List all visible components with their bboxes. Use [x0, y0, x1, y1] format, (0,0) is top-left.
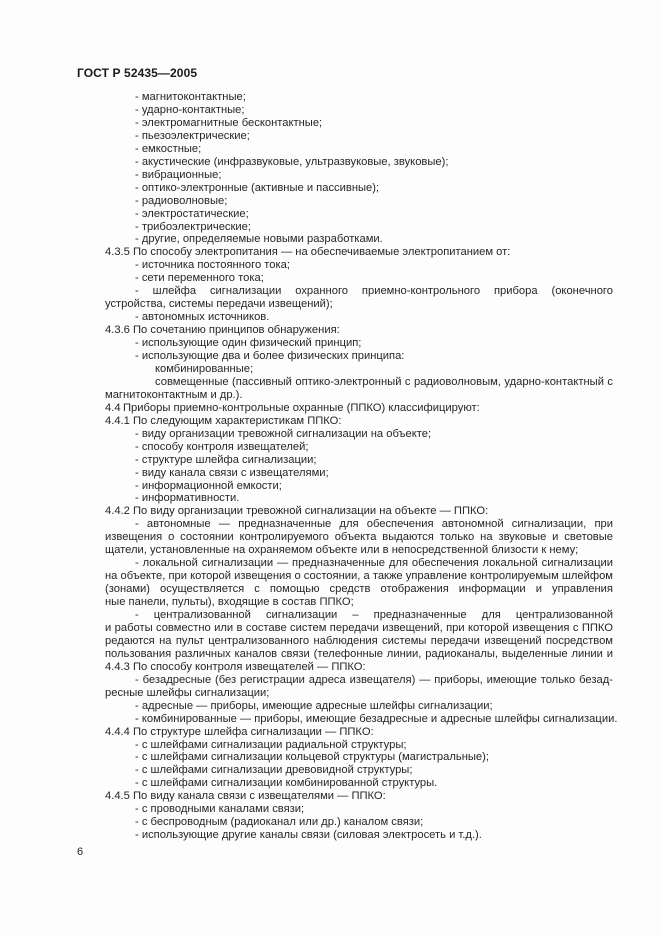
- text-line: комбинированные;: [155, 363, 253, 376]
- line-text: устройства, системы передачи извещений);: [105, 298, 333, 310]
- text-line: - радиоволновые;: [135, 195, 227, 208]
- line-text: - использующие один физический принцип;: [135, 337, 361, 349]
- text-line: - вибрационные;: [135, 169, 222, 182]
- text-line: совмещенные (пассивный оптико-электронны…: [155, 376, 613, 389]
- document-page: ГОСТ Р 52435—2005 - магнитоконтактные;- …: [0, 0, 661, 936]
- text-line: - использующие другие каналы связи (сило…: [135, 829, 482, 842]
- line-text: - ударно-контактные;: [135, 104, 245, 116]
- line-text: - оптико-электронные (активные и пассивн…: [135, 182, 379, 194]
- text-line: - информационной емкости;: [135, 480, 282, 493]
- text-line: - способу контроля извещателей;: [135, 441, 309, 454]
- text-line: - локальной сигнализации — предназначенн…: [135, 557, 613, 570]
- standard-header: ГОСТ Р 52435—2005: [77, 66, 197, 80]
- line-text: - с беспроводным (радиоканал или др.) ка…: [135, 816, 423, 828]
- line-text: - автономные — предназначенные для обесп…: [135, 518, 613, 531]
- text-line: - емкостные;: [135, 143, 201, 156]
- line-text: щатели, установленные на охраняемом объе…: [105, 544, 578, 556]
- text-line: - структуре шлейфа сигнализации;: [135, 454, 317, 467]
- line-text: ные панели, пульты), входящие в состав П…: [105, 596, 354, 608]
- page-number: 6: [77, 846, 83, 858]
- line-text: - вибрационные;: [135, 169, 222, 181]
- line-text: По структуре шлейфа сигнализации — ППКО:: [133, 726, 374, 738]
- line-text: - централизованной сигнализации – предна…: [135, 609, 613, 622]
- text-line: - автономные — предназначенные для обесп…: [135, 518, 613, 531]
- line-text: - электромагнитные бесконтактные;: [135, 117, 322, 129]
- section-heading-line: 4.4.2По виду организации тревожной сигна…: [105, 505, 488, 518]
- section-number: 4.4.1: [105, 415, 133, 428]
- line-text: По виду канала связи с извещателями — ПП…: [133, 790, 386, 802]
- text-line: - виду канала связи с извещателями;: [135, 467, 329, 480]
- line-text: комбинированные;: [155, 363, 253, 375]
- line-text: - способу контроля извещателей;: [135, 441, 309, 453]
- text-line: ные панели, пульты), входящие в состав П…: [105, 596, 354, 609]
- text-line: и работы совместно или в составе систем …: [105, 622, 613, 635]
- section-number: 4.4.4: [105, 726, 133, 739]
- section-heading-line: 4.4.4По структуре шлейфа сигнализации — …: [105, 726, 374, 739]
- section-number: 4.3.5: [105, 246, 133, 259]
- text-line: - с беспроводным (радиоканал или др.) ка…: [135, 816, 423, 829]
- line-text: По способу электропитания — на обеспечив…: [133, 246, 510, 258]
- text-line: - магнитоконтактные;: [135, 91, 246, 104]
- text-line: - с шлейфами сигнализации древовидной ст…: [135, 764, 412, 777]
- text-line: - другие, определяемые новыми разработка…: [135, 233, 383, 246]
- text-line: - информативности.: [135, 492, 239, 505]
- section-number: 4.4.2: [105, 505, 133, 518]
- text-line: - автономных источников.: [135, 311, 269, 324]
- section-heading-line: 4.3.5По способу электропитания — на обес…: [105, 246, 510, 259]
- line-text: - информационной емкости;: [135, 480, 282, 492]
- section-number: 4.4: [105, 402, 123, 415]
- line-text: - с проводными каналами связи;: [135, 803, 304, 815]
- line-text: - использующие два и более физических пр…: [135, 350, 404, 362]
- line-text: - автономных источников.: [135, 311, 269, 323]
- text-line: - пьезоэлектрические;: [135, 130, 250, 143]
- line-text: (зонами) осуществляется с помощью средст…: [105, 583, 613, 596]
- text-line: - электростатические;: [135, 208, 249, 221]
- section-heading-line: 4.4Приборы приемно-контрольные охранные …: [105, 402, 480, 415]
- line-text: - виду канала связи с извещателями;: [135, 467, 329, 479]
- text-line: - безадресные (без регистрации адреса из…: [135, 674, 613, 687]
- text-line: - источника постоянного тока;: [135, 259, 290, 272]
- text-line: - централизованной сигнализации – предна…: [135, 609, 613, 622]
- section-heading-line: 4.4.3По способу контроля извещателей — П…: [105, 661, 366, 674]
- line-text: - другие, определяемые новыми разработка…: [135, 233, 383, 245]
- line-text: - безадресные (без регистрации адреса из…: [135, 674, 613, 686]
- text-line: - с шлейфами сигнализации радиальной стр…: [135, 739, 407, 752]
- line-text: По виду организации тревожной сигнализац…: [133, 505, 488, 517]
- line-text: - радиоволновые;: [135, 195, 227, 207]
- text-line: редаются на пульт централизованного набл…: [105, 635, 613, 648]
- text-line: пользования различных каналов связи (тел…: [105, 648, 613, 661]
- line-text: - трибоэлектрические;: [135, 221, 251, 233]
- section-heading-line: 4.3.6По сочетанию принципов обнаружения:: [105, 324, 340, 337]
- line-text: пользования различных каналов связи (тел…: [105, 648, 613, 661]
- line-text: - шлейфа сигнализации охранного приемно-…: [135, 285, 613, 298]
- text-line: - использующие два и более физических пр…: [135, 350, 404, 363]
- line-text: По способу контроля извещателей — ППКО:: [133, 661, 366, 673]
- text-line: - с шлейфами сигнализации комбинированно…: [135, 777, 437, 790]
- line-text: - сети переменного тока;: [135, 272, 264, 284]
- line-text: - использующие другие каналы связи (сило…: [135, 829, 482, 841]
- line-text: ресные шлейфы сигнализации;: [105, 687, 269, 699]
- line-text: извещения о состоянии контролируемого об…: [105, 531, 613, 544]
- line-text: - структуре шлейфа сигнализации;: [135, 454, 317, 466]
- line-text: - виду организации тревожной сигнализаци…: [135, 428, 431, 440]
- line-text: - магнитоконтактные;: [135, 91, 246, 103]
- line-text: - с шлейфами сигнализации древовидной ст…: [135, 764, 412, 776]
- line-text: Приборы приемно-контрольные охранные (ПП…: [123, 402, 480, 414]
- text-line: - с шлейфами сигнализации кольцевой стру…: [135, 751, 489, 764]
- text-line: устройства, системы передачи извещений);: [105, 298, 333, 311]
- text-line: - виду организации тревожной сигнализаци…: [135, 428, 431, 441]
- line-text: - источника постоянного тока;: [135, 259, 290, 271]
- text-line: магнитоконтактным и др.).: [105, 389, 243, 402]
- text-line: - использующие один физический принцип;: [135, 337, 361, 350]
- text-line: - комбинированные — приборы, имеющие без…: [135, 713, 617, 726]
- line-text: - с шлейфами сигнализации кольцевой стру…: [135, 751, 489, 763]
- line-text: магнитоконтактным и др.).: [105, 389, 243, 401]
- line-text: редаются на пульт централизованного набл…: [105, 635, 613, 648]
- line-text: По сочетанию принципов обнаружения:: [133, 324, 340, 336]
- line-text: - информативности.: [135, 492, 239, 504]
- line-text: и работы совместно или в составе систем …: [105, 622, 613, 635]
- text-line: - с проводными каналами связи;: [135, 803, 304, 816]
- section-number: 4.4.3: [105, 661, 133, 674]
- line-text: - пьезоэлектрические;: [135, 130, 250, 142]
- section-heading-line: 4.4.1По следующим характеристикам ППКО:: [105, 415, 342, 428]
- line-text: - комбинированные — приборы, имеющие без…: [135, 713, 617, 725]
- text-line: - сети переменного тока;: [135, 272, 264, 285]
- line-text: - емкостные;: [135, 143, 201, 155]
- text-line: - оптико-электронные (активные и пассивн…: [135, 182, 379, 195]
- line-text: на объекте, при которой извещения о сост…: [105, 570, 613, 582]
- section-heading-line: 4.4.5По виду канала связи с извещателями…: [105, 790, 386, 803]
- text-line: на объекте, при которой извещения о сост…: [105, 570, 613, 583]
- line-text: - акустические (инфразвуковые, ультразву…: [135, 156, 448, 168]
- text-line: (зонами) осуществляется с помощью средст…: [105, 583, 613, 596]
- section-number: 4.4.5: [105, 790, 133, 803]
- text-line: - адресные — приборы, имеющие адресные ш…: [135, 700, 493, 713]
- line-text: - с шлейфами сигнализации комбинированно…: [135, 777, 437, 789]
- text-line: - акустические (инфразвуковые, ультразву…: [135, 156, 448, 169]
- line-text: По следующим характеристикам ППКО:: [133, 415, 342, 427]
- text-line: щатели, установленные на охраняемом объе…: [105, 544, 578, 557]
- text-line: извещения о состоянии контролируемого об…: [105, 531, 613, 544]
- text-line: - шлейфа сигнализации охранного приемно-…: [135, 285, 613, 298]
- section-number: 4.3.6: [105, 324, 133, 337]
- line-text: - локальной сигнализации — предназначенн…: [135, 557, 613, 569]
- text-line: - электромагнитные бесконтактные;: [135, 117, 322, 130]
- line-text: - с шлейфами сигнализации радиальной стр…: [135, 739, 407, 751]
- text-line: ресные шлейфы сигнализации;: [105, 687, 269, 700]
- line-text: - адресные — приборы, имеющие адресные ш…: [135, 700, 493, 712]
- text-line: - ударно-контактные;: [135, 104, 245, 117]
- line-text: совмещенные (пассивный оптико-электронны…: [155, 376, 613, 388]
- line-text: - электростатические;: [135, 208, 249, 220]
- text-line: - трибоэлектрические;: [135, 221, 251, 234]
